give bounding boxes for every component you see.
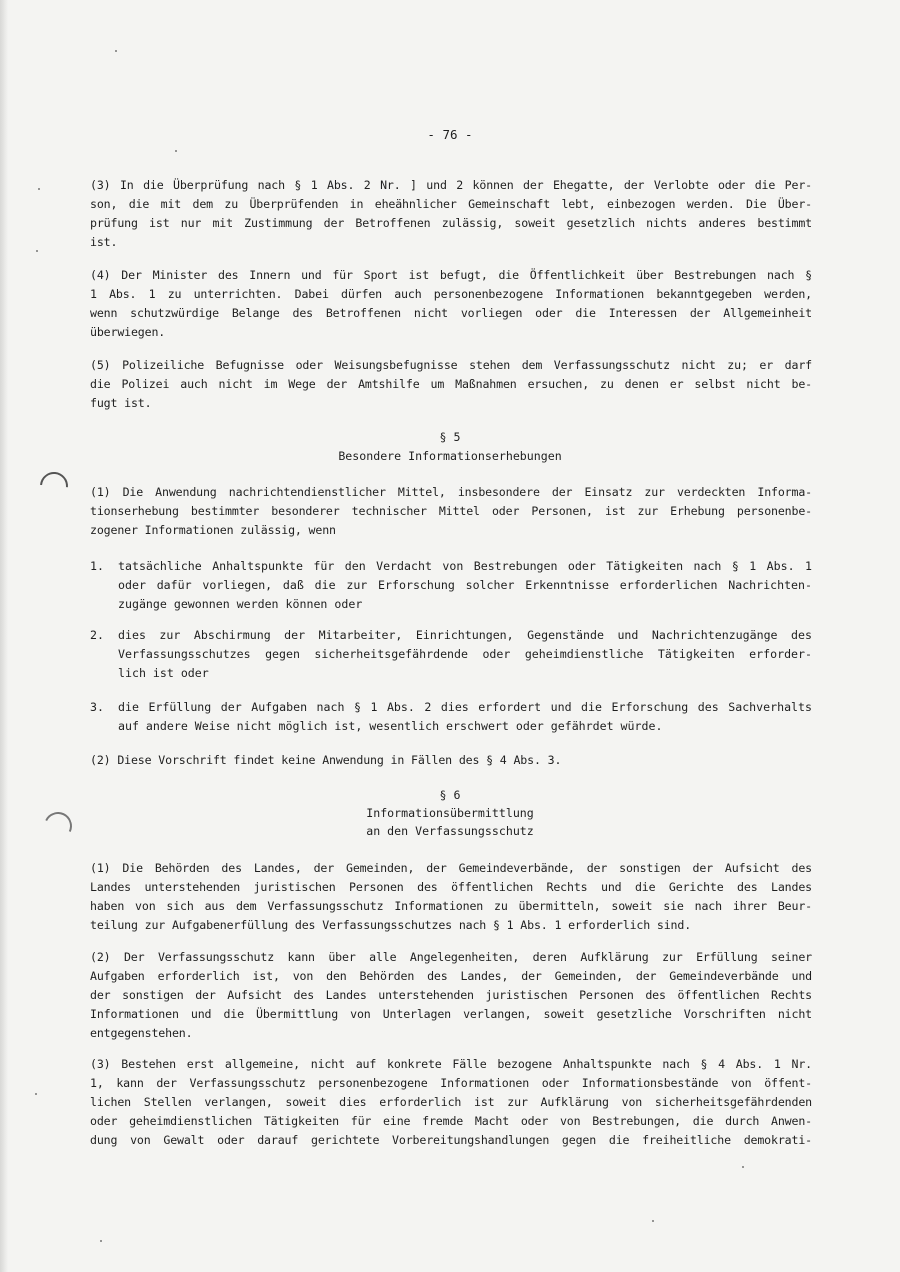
paragraph-4: (4) Der Minister des Innern und für Spor… [90,266,812,342]
text-line: zogener Informationen zulässig, wenn [90,521,812,540]
text-line: (2) Diese Vorschrift findet keine Anwend… [90,751,812,770]
scan-speck [38,188,40,190]
text-line: der sonstigen der Aufsicht des Landes un… [90,986,812,1005]
text-line: lich ist oder [118,664,812,683]
paragraph-3: (3) In die Überprüfung nach § 1 Abs. 2 N… [90,176,812,252]
text-line: (2) Der Verfassungsschutz kann über alle… [90,948,812,967]
text-line: tionserhebung bestimmter besonderer tech… [90,502,812,521]
text-line: oder dafür vorliegen, daß die zur Erfors… [118,576,812,595]
list-number: 2. [90,626,104,645]
punch-hole-mark [34,466,73,505]
text-line: zugänge gewonnen werden können oder [118,595,812,614]
scan-speck [115,50,117,52]
section-6-title-line-1: Informationsübermittlung [0,804,900,823]
text-line: die Polizei auch nicht im Wege der Amtsh… [90,375,812,394]
text-line: Aufgaben erforderlich ist, von den Behör… [90,967,812,986]
text-line: (1) Die Behörden des Landes, der Gemeind… [90,859,812,878]
text-line: Verfassungsschutzes gegen sicherheitsgef… [118,645,812,664]
text-line: auf andere Weise nicht möglich ist, wese… [118,717,812,736]
text-line: (4) Der Minister des Innern und für Spor… [90,266,812,285]
text-line: (3) In die Überprüfung nach § 1 Abs. 2 N… [90,176,812,195]
section-6-paragraph-3: (3) Bestehen erst allgemeine, nicht auf … [90,1055,812,1150]
list-item-3: 3. die Erfüllung der Aufgaben nach § 1 A… [90,698,812,736]
section-6-title-line-2: an den Verfassungsschutz [0,822,900,841]
scanned-document-page: - 76 - (3) In die Überprüfung nach § 1 A… [0,0,900,1272]
section-5-title: Besondere Informationserhebungen [0,447,900,466]
text-line: (3) Bestehen erst allgemeine, nicht auf … [90,1055,812,1074]
scan-speck [742,1166,744,1168]
text-line: Informationen und die Übermittlung von U… [90,1005,812,1024]
text-line: dung von Gewalt oder darauf gerichtete V… [90,1131,812,1150]
section-6-paragraph-1: (1) Die Behörden des Landes, der Gemeind… [90,859,812,935]
text-line: son, die mit dem zu Überprüfenden in ehe… [90,195,812,214]
page-edge-shadow [0,0,8,1272]
scan-speck [175,150,177,152]
scan-speck [100,1240,102,1242]
section-5-number: § 5 [0,428,900,447]
text-line: Landes unterstehenden juristischen Perso… [90,878,812,897]
section-5-paragraph-1: (1) Die Anwendung nachrichtendienstliche… [90,483,812,540]
text-line: wenn schutzwürdige Belange des Betroffen… [90,304,812,323]
list-number: 3. [90,698,104,717]
text-line: (1) Die Anwendung nachrichtendienstliche… [90,483,812,502]
paragraph-5: (5) Polizeiliche Befugnisse oder Weisung… [90,356,812,413]
text-line: ist. [90,233,812,252]
text-line: prüfung ist nur mit Zustimmung der Betro… [90,214,812,233]
scan-speck [35,1093,37,1095]
page-number: - 76 - [0,127,900,142]
text-line: 1, kann der Verfassungsschutz personenbe… [90,1074,812,1093]
section-5-paragraph-2: (2) Diese Vorschrift findet keine Anwend… [90,751,812,770]
text-line: tatsächliche Anhaltspunkte für den Verda… [118,557,812,576]
text-line: fugt ist. [90,394,812,413]
text-line: 1 Abs. 1 zu unterrichten. Dabei dürfen a… [90,285,812,304]
text-line: haben von sich aus dem Verfassungsschutz… [90,897,812,916]
text-line: dies zur Abschirmung der Mitarbeiter, Ei… [118,626,812,645]
text-line: entgegenstehen. [90,1024,812,1043]
list-item-2: 2. dies zur Abschirmung der Mitarbeiter,… [90,626,812,683]
text-line: die Erfüllung der Aufgaben nach § 1 Abs.… [118,698,812,717]
section-6-paragraph-2: (2) Der Verfassungsschutz kann über alle… [90,948,812,1043]
text-line: teilung zur Aufgabenerfüllung des Verfas… [90,916,812,935]
text-line: lichen Stellen verlangen, soweit dies er… [90,1093,812,1112]
scan-speck [652,1220,654,1222]
scan-speck [36,250,38,252]
list-number: 1. [90,557,104,576]
text-line: (5) Polizeiliche Befugnisse oder Weisung… [90,356,812,375]
text-line: oder geheimdienstlichen Tätigkeiten für … [90,1112,812,1131]
section-6-number: § 6 [0,786,900,805]
text-line: überwiegen. [90,323,812,342]
list-item-1: 1. tatsächliche Anhaltspunkte für den Ve… [90,557,812,614]
